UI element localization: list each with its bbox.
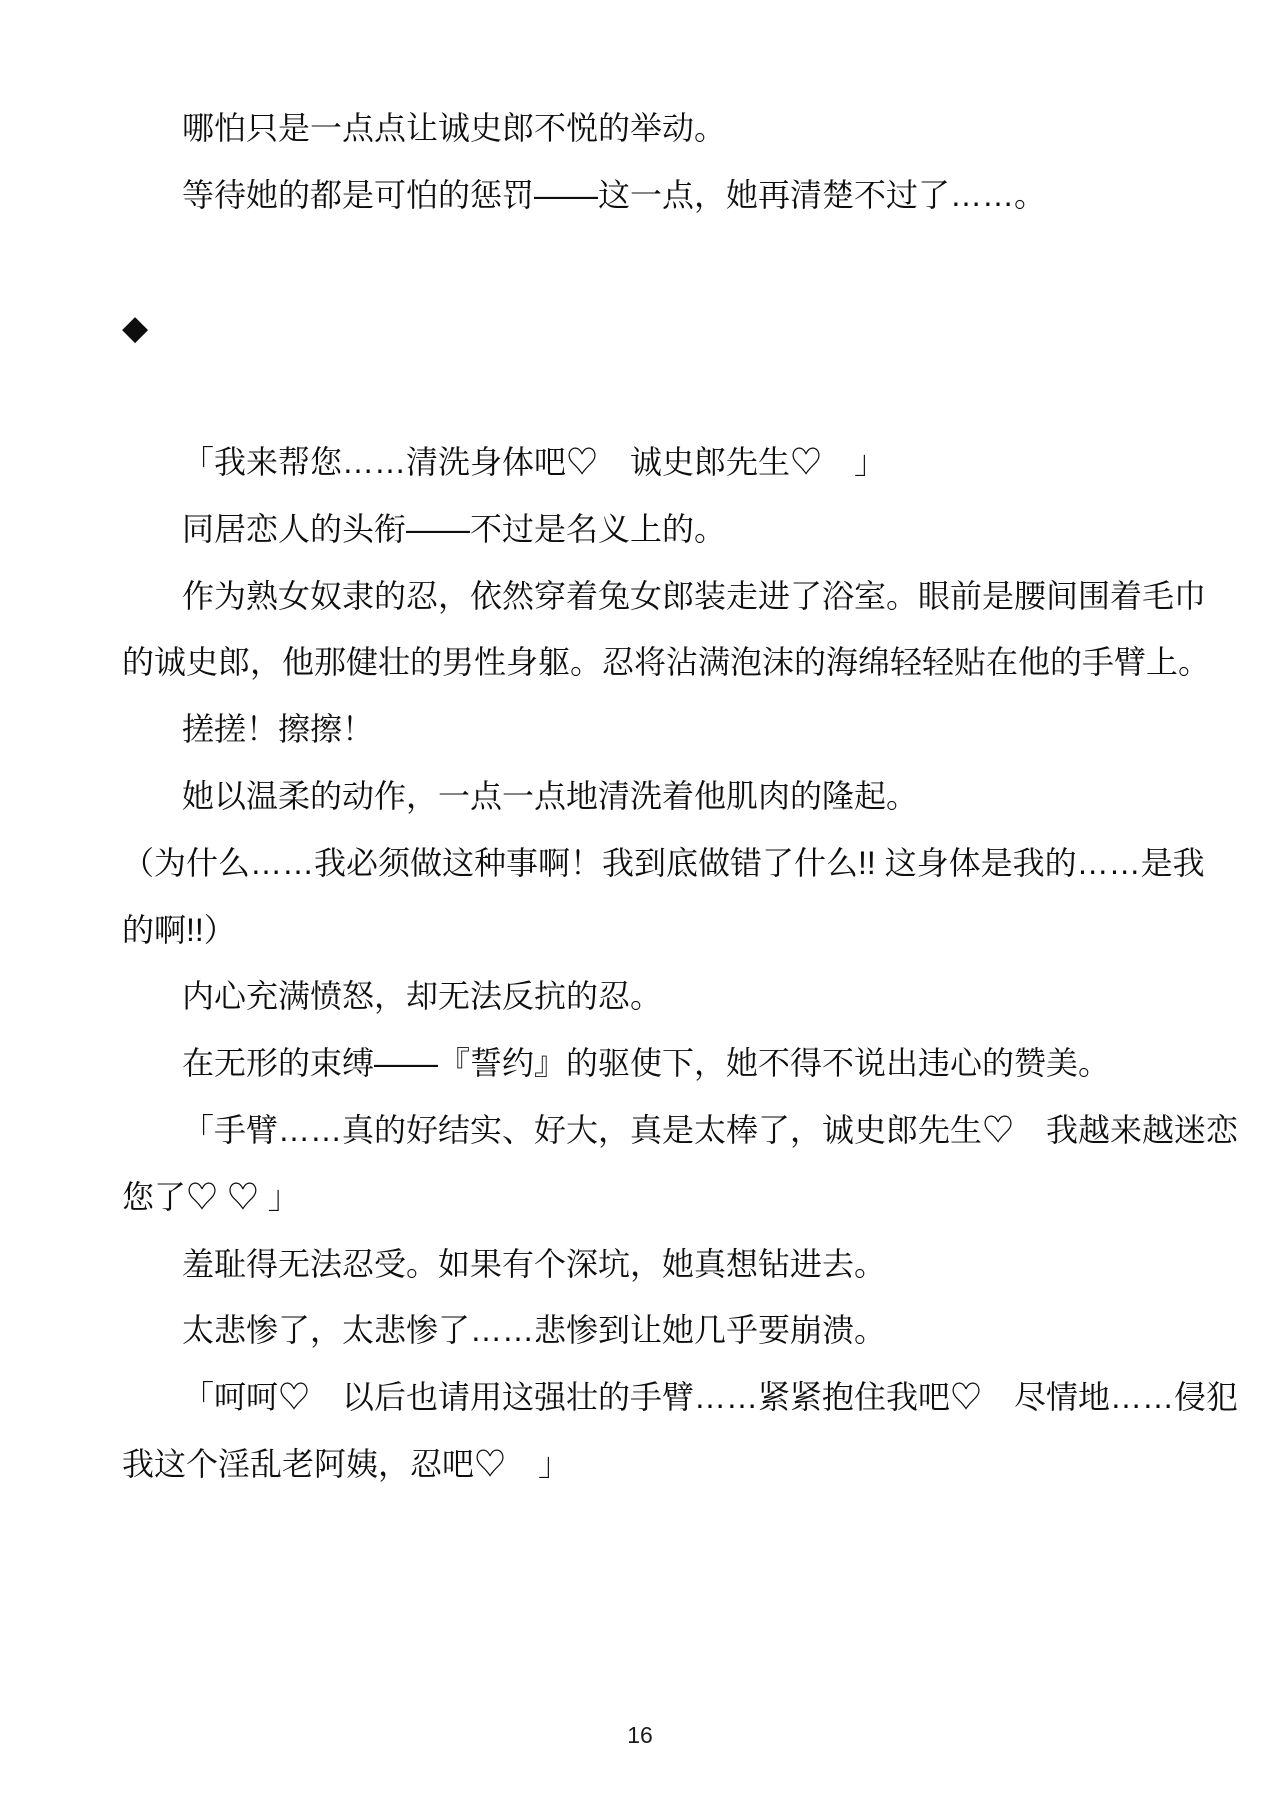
- text-line: 「我来帮您……清洗身体吧♡ 诚史郎先生♡ 」: [122, 429, 1188, 496]
- text-line: 我这个淫乱老阿姨，忍吧♡ 」: [122, 1431, 1188, 1498]
- text-line: 的诚史郎，他那健壮的男性身躯。忍将沾满泡沫的海绵轻轻贴在他的手臂上。: [122, 629, 1188, 696]
- text-line: 您了♡ ♡ 」: [122, 1164, 1188, 1231]
- text-line: 「手臂……真的好结实、好大，真是太棒了，诚史郎先生♡ 我越来越迷恋: [122, 1097, 1188, 1164]
- text-line: 内心充满愤怒，却无法反抗的忍。: [122, 963, 1188, 1030]
- text-line: 太悲惨了，太悲惨了……悲惨到让她几乎要崩溃。: [122, 1297, 1188, 1364]
- text-line: 「呵呵♡ 以后也请用这强壮的手臂……紧紧抱住我吧♡ 尽情地……侵犯: [122, 1364, 1188, 1431]
- text-line: 同居恋人的头衔——不过是名义上的。: [122, 496, 1188, 563]
- document-page: 哪怕只是一点点让诚史郎不悦的举动。 等待她的都是可怕的惩罚——这一点，她再清楚不…: [0, 0, 1280, 1810]
- blank-line: [122, 229, 1188, 296]
- section-divider-diamond: ◆: [122, 295, 1188, 362]
- text-line: 搓搓！擦擦！: [122, 696, 1188, 763]
- page-number: 16: [0, 1722, 1280, 1749]
- text-line: 在无形的束缚——『誓约』的驱使下，她不得不说出违心的赞美。: [122, 1030, 1188, 1097]
- blank-line: [122, 362, 1188, 429]
- text-line: 的啊!!）: [122, 897, 1188, 964]
- text-line: 羞耻得无法忍受。如果有个深坑，她真想钻进去。: [122, 1231, 1188, 1298]
- text-line: （为什么……我必须做这种事啊！我到底做错了什么!! 这身体是我的……是我: [122, 830, 1188, 897]
- text-line: 她以温柔的动作，一点一点地清洗着他肌肉的隆起。: [122, 763, 1188, 830]
- text-line: 哪怕只是一点点让诚史郎不悦的举动。: [122, 95, 1188, 162]
- text-body: 哪怕只是一点点让诚史郎不悦的举动。 等待她的都是可怕的惩罚——这一点，她再清楚不…: [122, 95, 1188, 1498]
- text-line: 作为熟女奴隶的忍，依然穿着兔女郎装走进了浴室。眼前是腰间围着毛巾: [122, 563, 1188, 630]
- text-line: 等待她的都是可怕的惩罚——这一点，她再清楚不过了……。: [122, 162, 1188, 229]
